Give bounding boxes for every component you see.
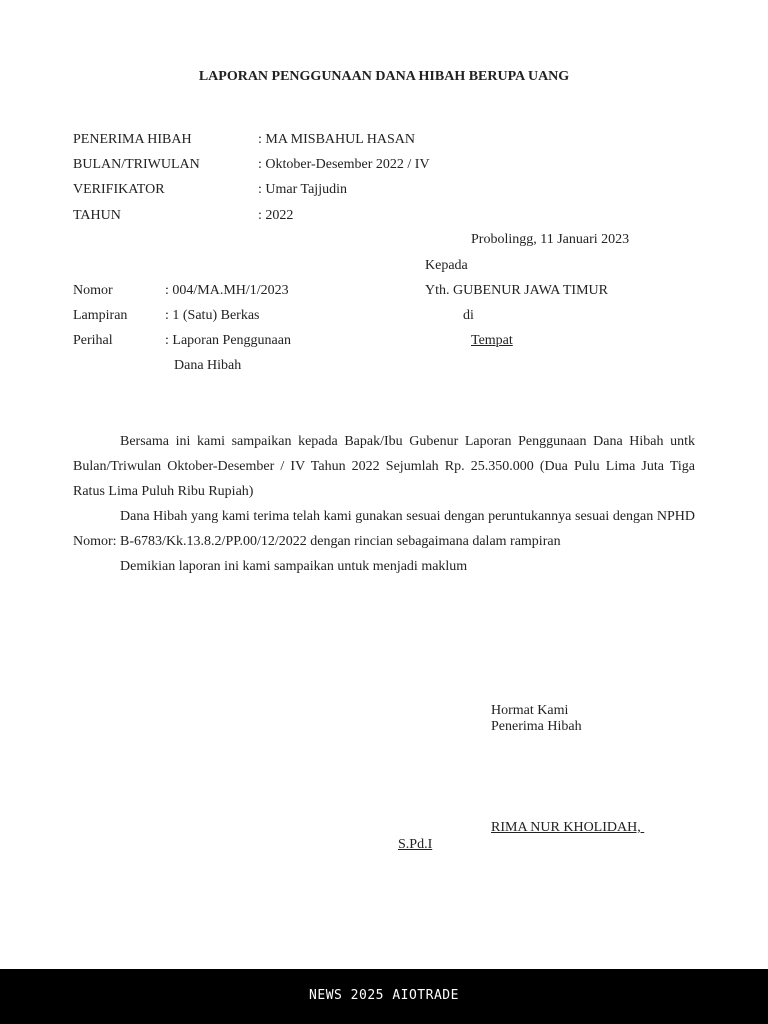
body-paragraph-1: Bersama ini kami sampaikan kepada Bapak/… xyxy=(73,429,695,504)
info-value-penerima: : MA MISBAHUL HASAN xyxy=(258,132,415,148)
meta-label-perihal: Perihal xyxy=(73,333,113,349)
recipient-tempat: Tempat xyxy=(471,333,513,349)
recipient-di: di xyxy=(463,308,474,324)
info-value-verifikator: : Umar Tajjudin xyxy=(258,182,347,198)
signature-degree: S.Pd.I xyxy=(398,837,432,853)
signature-closing: Hormat Kami xyxy=(491,703,568,719)
info-label-bulan: BULAN/TRIWULAN xyxy=(73,157,200,173)
meta-value-nomor: : 004/MA.MH/1/2023 xyxy=(165,283,289,299)
meta-value-perihal: : Laporan Penggunaan xyxy=(165,333,291,349)
recipient-kepada: Kepada xyxy=(425,258,468,274)
signature-name: RIMA NUR KHOLIDAH, xyxy=(491,820,644,836)
info-label-verifikator: VERIFIKATOR xyxy=(73,182,165,198)
meta-value-perihal-cont: Dana Hibah xyxy=(174,358,241,374)
meta-value-lampiran: : 1 (Satu) Berkas xyxy=(165,308,259,324)
signature-role: Penerima Hibah xyxy=(491,719,582,735)
meta-label-lampiran: Lampiran xyxy=(73,308,127,324)
info-label-tahun: TAHUN xyxy=(73,208,121,224)
footer-banner: NEWS 2025 AIOTRADE xyxy=(0,969,768,1024)
body-paragraph-2: Dana Hibah yang kami terima telah kami g… xyxy=(73,504,695,554)
info-value-tahun: : 2022 xyxy=(258,208,293,224)
meta-label-nomor: Nomor xyxy=(73,283,113,299)
document-title: LAPORAN PENGGUNAAN DANA HIBAH BERUPA UAN… xyxy=(0,69,768,85)
info-label-penerima: PENERIMA HIBAH xyxy=(73,132,192,148)
recipient-addressee: Yth. GUBENUR JAWA TIMUR xyxy=(425,283,608,299)
place-date: Probolingg, 11 Januari 2023 xyxy=(471,232,629,248)
info-value-bulan: : Oktober-Desember 2022 / IV xyxy=(258,157,430,173)
body-text: Bersama ini kami sampaikan kepada Bapak/… xyxy=(73,429,695,579)
body-paragraph-3: Demikian laporan ini kami sampaikan untu… xyxy=(73,554,695,579)
footer-text: NEWS 2025 AIOTRADE xyxy=(0,988,768,1003)
